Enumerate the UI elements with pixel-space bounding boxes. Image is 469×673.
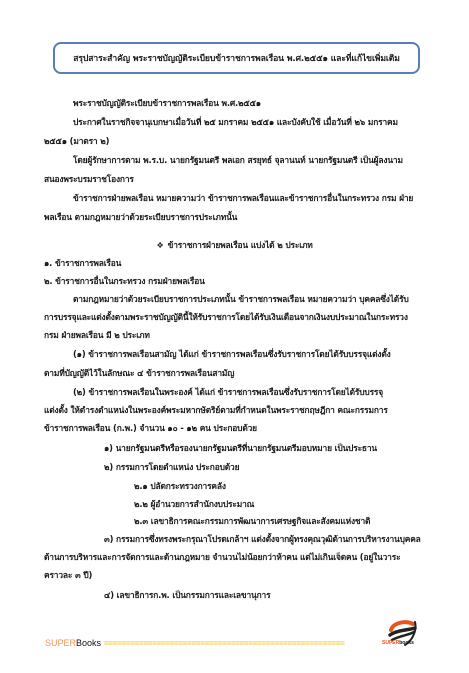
text-line: แต่งตั้ง ให้ดำรงตำแหน่งในพระองค์พระมหากษ… <box>44 405 388 415</box>
diamond-bullet-icon: ❖ <box>156 240 163 250</box>
text-line: ๒. ข้าราชการอื่นในกระทรวง กรมฝ่ายพลเรือน <box>44 276 205 286</box>
section-heading: ❖ข้าราชการฝ่ายพลเรือน แบ่งได้ ๒ ประเภท <box>0 240 469 250</box>
text-line: กรม ฝ่ายพลเรือน มี ๒ ประเภท <box>44 330 150 340</box>
footer-brand-books: Books <box>76 638 101 648</box>
text-line: (๒) ข้าราชการพลเรือนในพระองค์ ได้แก่ ข้า… <box>73 387 383 397</box>
text-line: ข้าราชการพลเรือน (ก.พ.) จำนวน ๑๐ - ๑๒ คน… <box>44 423 257 433</box>
text-line: พลเรือน ตามกฎหมายว่าด้วยระเบียบราชการประ… <box>44 212 237 222</box>
text-line: ๒) กรรมการโดยตำแหน่ง ประกอบด้วย <box>104 462 239 472</box>
document-title: สรุปสาระสำคัญ พระราชบัญญัติระเบียบข้าราช… <box>73 51 400 65</box>
text-line: ๒.๓ เลขาธิการคณะกรรมการพัฒนาการเศรษฐกิจแ… <box>134 516 370 526</box>
text-line: ด้านการบริหารและการจัดการและด้านกฎหมาย จ… <box>44 552 400 562</box>
text-line: ข้าราชการฝ่ายพลเรือน หมายความว่า ข้าราชก… <box>73 193 413 203</box>
text-line: ๑. ข้าราชการพลเรือน <box>44 258 121 268</box>
text-line: ๒.๑ ปลัดกระทรวงการคลัง <box>134 481 226 491</box>
text-line: พระราชบัญญัติระเบียบข้าราชการพลเรือน พ.ศ… <box>73 98 261 108</box>
logo-text-books: books <box>399 640 414 646</box>
text-line: การบรรจุและแต่งตั้งตามพระราชบัญญัตินี้ให… <box>44 312 408 322</box>
section-heading-text: ข้าราชการฝ่ายพลเรือน แบ่งได้ ๒ ประเภท <box>168 240 313 250</box>
text-line: ๒.๒ ผู้อำนวยการสำนักงบประมาณ <box>134 499 254 509</box>
text-line: (๑) ข้าราชการพลเรือนสามัญ ได้แก่ ข้าราชก… <box>73 349 391 359</box>
text-line: ตามกฎหมายว่าด้วยระเบียบราชการประเภทนั้น … <box>73 294 409 304</box>
text-line: ๒๕๕๑ (มาตรา ๒) <box>44 136 109 146</box>
footer-separator: ========================================… <box>104 639 344 648</box>
footer-brand-super: SUPER <box>45 638 76 648</box>
text-line: โดยผู้รักษาการตาม พ.ร.บ. นายกรัฐมนตรี พล… <box>73 155 403 165</box>
logo-text: SUPERbooks <box>382 640 414 646</box>
text-line: ตามที่บัญญัติไว้ในลักษณะ ๔ ข้าราชการพลเร… <box>44 368 234 378</box>
text-line: คราวละ ๓ ปี) <box>44 570 92 580</box>
text-line: ๔) เลขาธิการก.พ. เป็นกรรมการและเลขานุการ <box>104 590 270 600</box>
text-line: ๑) นายกรัฐมนตรีหรือรองนายกรัฐมนตรีที่นาย… <box>104 443 377 453</box>
text-line: สนองพระบรมราชโองการ <box>44 174 134 184</box>
title-box: สรุปสาระสำคัญ พระราชบัญญัติระเบียบข้าราช… <box>53 42 420 74</box>
footer-brand: SUPERBooks==============================… <box>45 638 345 648</box>
text-line: ประกาศในราชกิจจานุเบกษาเมื่อวันที่ ๒๕ มก… <box>73 117 398 127</box>
text-line: ๓) กรรมการซึ่งทรงพระกรุณาโปรดเกล้าฯ แต่ง… <box>104 534 421 544</box>
logo-text-super: SUPER <box>382 640 399 646</box>
